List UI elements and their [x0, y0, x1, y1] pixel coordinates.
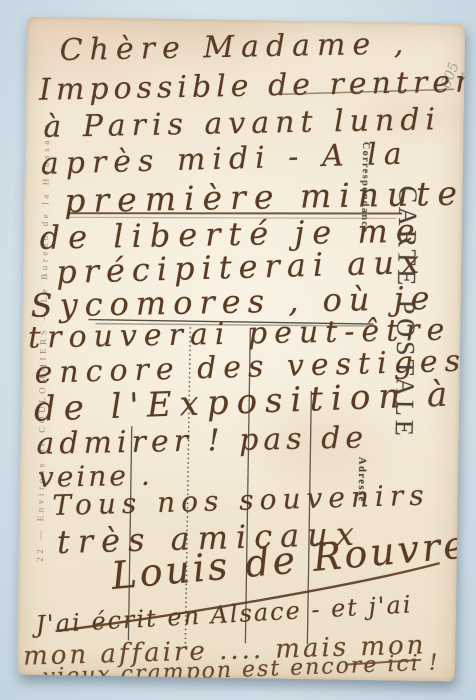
handwritten-line: Chère Madame , — [59, 26, 410, 68]
handwritten-line: admirer ! pas de — [36, 420, 368, 461]
postcard: CARTE POSTALE Correspondance Adresse 22 … — [17, 17, 465, 682]
photo-background: CARTE POSTALE Correspondance Adresse 22 … — [0, 0, 476, 700]
